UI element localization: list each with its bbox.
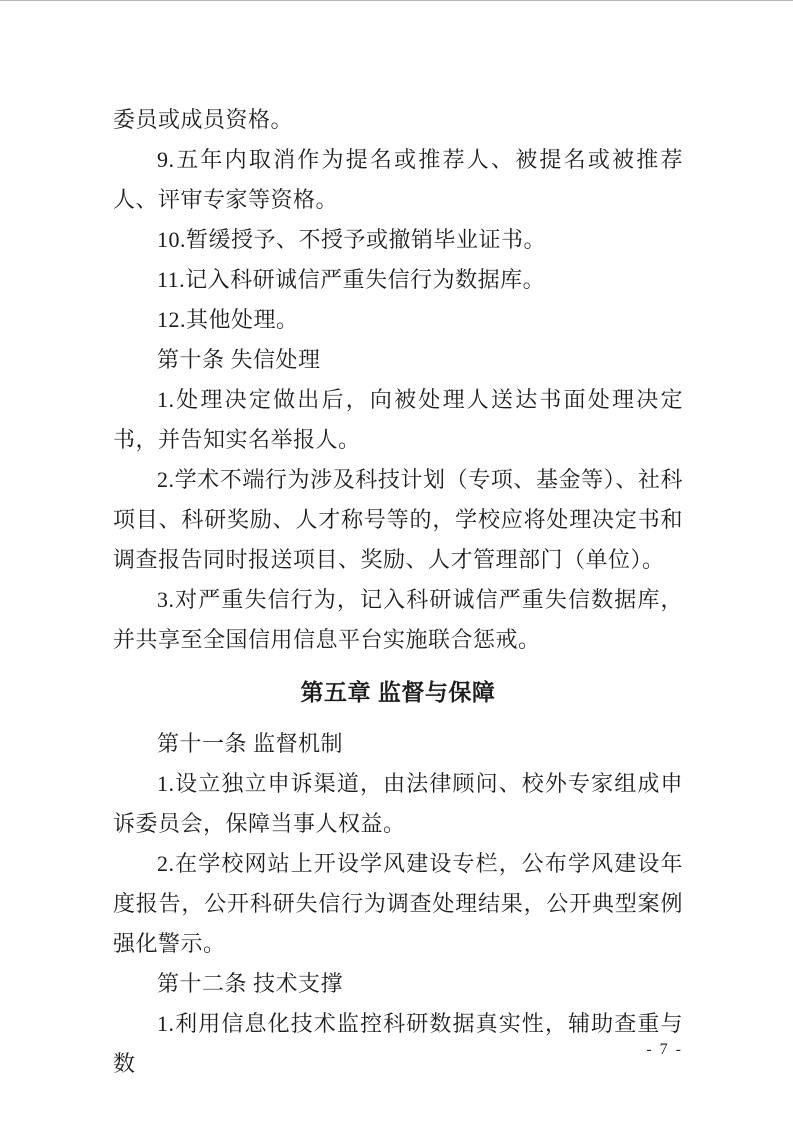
document-page: 委员或成员资格。9.五年内取消作为提名或推荐人、被提名或被推荐人、评审专家等资格… [0,0,793,1122]
paragraph: 第十条 失信处理 [113,340,683,380]
paragraph: 10.暂缓授予、不授予或撤销毕业证书。 [113,220,683,260]
paragraph: 委员或成员资格。 [113,100,683,140]
page-number: - 7 - [646,1040,683,1060]
paragraph: 第十二条 技术支撑 [113,964,683,1004]
paragraph: 1.设立独立申诉渠道，由法律顾问、校外专家组成申诉委员会，保障当事人权益。 [113,764,683,844]
paragraph: 2.在学校网站上开设学风建设专栏，公布学风建设年度报告，公开科研失信行为调查处理… [113,844,683,964]
paragraph: 1.利用信息化技术监控科研数据真实性，辅助查重与数 [113,1004,683,1084]
chapter-heading: 第五章 监督与保障 [113,672,683,712]
paragraph: 11.记入科研诚信严重失信行为数据库。 [113,260,683,300]
paragraph: 2.学术不端行为涉及科技计划（专项、基金等）、社科项目、科研奖励、人才称号等的，… [113,460,683,580]
paragraph: 9.五年内取消作为提名或推荐人、被提名或被推荐人、评审专家等资格。 [113,140,683,220]
paragraph: 3.对严重失信行为，记入科研诚信严重失信数据库，并共享至全国信用信息平台实施联合… [113,580,683,660]
paragraph: 1.处理决定做出后，向被处理人送达书面处理决定书，并告知实名举报人。 [113,380,683,460]
paragraph: 第十一条 监督机制 [113,724,683,764]
paragraph: 12.其他处理。 [113,300,683,340]
scan-edge-line [0,0,793,1]
document-body: 委员或成员资格。9.五年内取消作为提名或推荐人、被提名或被推荐人、评审专家等资格… [113,100,683,1084]
